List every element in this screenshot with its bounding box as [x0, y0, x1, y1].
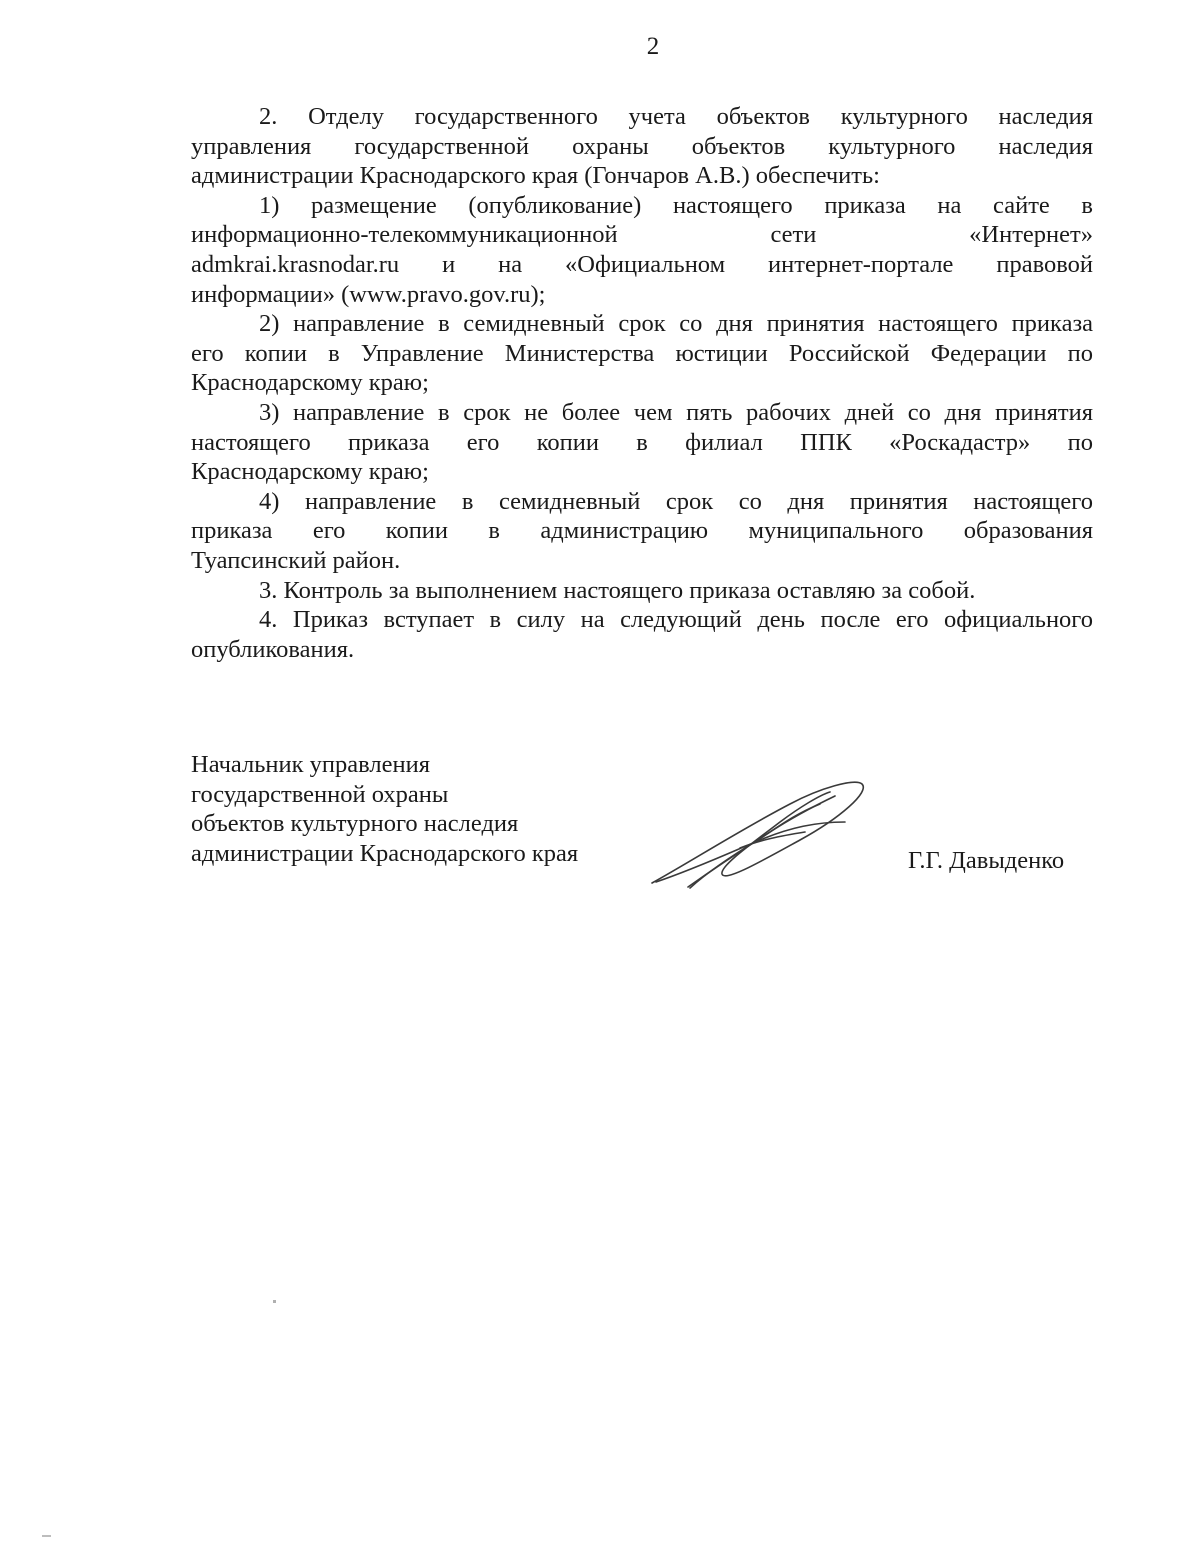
page-number: 2: [0, 32, 1200, 62]
text-line: 4) направление в семидневный срок со дня…: [191, 487, 1093, 517]
text-line: его копии в Управление Министерства юсти…: [191, 339, 1093, 369]
text-line: Туапсинский район.: [191, 546, 1093, 576]
paragraph-subitem-1: 1) размещение (опубликование) настоящего…: [191, 191, 1093, 309]
handwritten-signature-icon: [630, 770, 880, 900]
text-line: администрации Краснодарского края (Гонча…: [191, 161, 1093, 191]
document-body: 2. Отделу государственного учета объекто…: [191, 102, 1093, 664]
text-line: опубликования.: [191, 635, 1093, 665]
scan-artifact: [273, 1300, 276, 1303]
text-line: информационно-телекоммуникационной сети …: [191, 220, 1093, 250]
text-line: настоящего приказа его копии в филиал ПП…: [191, 428, 1093, 458]
text-line: Краснодарскому краю;: [191, 368, 1093, 398]
text-line: 3) направление в срок не более чем пять …: [191, 398, 1093, 428]
text-line: 1) размещение (опубликование) настоящего…: [191, 191, 1093, 221]
text-line: 2. Отделу государственного учета объекто…: [191, 102, 1093, 132]
text-line: 4. Приказ вступает в силу на следующий д…: [191, 605, 1093, 635]
scan-edge-mark: [42, 1535, 51, 1537]
signatory-title-line: Начальник управления: [191, 750, 578, 780]
paragraph-subitem-3: 3) направление в срок не более чем пять …: [191, 398, 1093, 487]
text-line: 2) направление в семидневный срок со дня…: [191, 309, 1093, 339]
signer-name: Г.Г. Давыденко: [908, 846, 1064, 876]
text-line: приказа его копии в администрацию муници…: [191, 516, 1093, 546]
signatory-title-line: администрации Краснодарского края: [191, 839, 578, 869]
text-line: 3. Контроль за выполнением настоящего пр…: [191, 576, 1093, 606]
text-line: управления государственной охраны объект…: [191, 132, 1093, 162]
paragraph-subitem-2: 2) направление в семидневный срок со дня…: [191, 309, 1093, 398]
signatory-title-line: государственной охраны: [191, 780, 578, 810]
paragraph-item-2: 2. Отделу государственного учета объекто…: [191, 102, 1093, 191]
signatory-title: Начальник управления государственной охр…: [191, 750, 578, 868]
paragraph-item-3: 3. Контроль за выполнением настоящего пр…: [191, 576, 1093, 606]
text-line: информации» (www.pravo.gov.ru);: [191, 280, 1093, 310]
text-line: admkrai.krasnodar.ru и на «Официальном и…: [191, 250, 1093, 280]
paragraph-item-4: 4. Приказ вступает в силу на следующий д…: [191, 605, 1093, 664]
text-line: Краснодарскому краю;: [191, 457, 1093, 487]
paragraph-subitem-4: 4) направление в семидневный срок со дня…: [191, 487, 1093, 576]
signatory-title-line: объектов культурного наследия: [191, 809, 578, 839]
